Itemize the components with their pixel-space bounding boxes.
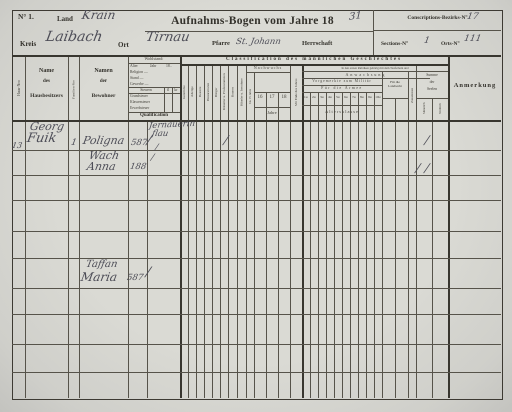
grid-line <box>432 98 433 398</box>
grid-line <box>246 72 290 73</box>
altersklasse-9: 9te <box>366 95 374 99</box>
grid-line <box>374 92 375 398</box>
religion-label: Religion — <box>130 70 148 74</box>
owner-name-line2: Fuik <box>26 131 58 146</box>
landwehr-label: Für die Landwehr <box>383 80 407 89</box>
sections-label: Sections-N° <box>381 41 408 47</box>
land-label: Land <box>57 15 73 23</box>
grid-line <box>310 92 311 398</box>
altersklasse-1: 1te <box>302 95 310 99</box>
classification-title: Classification des männlichen Geschlecht… <box>180 57 448 62</box>
erwerbsteuer-label: Erwerbsteuer <box>130 106 149 110</box>
pfarre-label: Pfarre <box>212 40 230 47</box>
grid-line <box>12 288 501 289</box>
grid-line <box>382 98 408 99</box>
bewohner-4-name: Taffan <box>85 259 118 270</box>
alter-label: Alter <box>130 64 138 68</box>
age-18-cell: 18 <box>278 95 290 100</box>
vorgemerkte-label: Vorgemerkte zum Militär <box>302 79 382 83</box>
sheet-number: N° 1. <box>18 12 34 21</box>
zusammen-column: Zusammen <box>408 73 416 118</box>
gewerbe-label: Gewerbe — <box>130 82 148 86</box>
bewohner-1-name: Poligna <box>82 134 126 147</box>
armee-label: Für die Armee <box>302 86 382 90</box>
grid-line <box>254 92 290 93</box>
age-17-cell: 17 <box>266 95 278 100</box>
altersklasse-5: 5te <box>334 95 342 99</box>
altersklasse-6: 6te <box>342 95 350 99</box>
wohlstand-title: Wohlstand: <box>128 56 180 61</box>
altersklasse-3: 3te <box>318 95 326 99</box>
grid-line <box>373 30 501 31</box>
kreuzer-column-label: kr <box>172 88 180 92</box>
grid-line <box>12 372 501 373</box>
haus-number-column-header: Haus-Nro <box>13 60 24 116</box>
jahr18-label: 18.. <box>166 64 172 68</box>
anmerkung-header: Anmerkung <box>448 82 502 89</box>
summe-label-line2: der <box>416 80 448 84</box>
note-line: In den ersten Rubriken gehörig mit dem T… <box>302 66 448 70</box>
steuern-label: Steuern <box>128 88 164 92</box>
land-value-handwritten: Krain <box>81 8 117 22</box>
gulden-column-label: fl <box>164 88 172 92</box>
class-column-header-6: Künstler u. Professionisten <box>220 66 228 118</box>
grid-line <box>266 92 267 398</box>
grid-line <box>334 92 335 398</box>
altersklasse-8: 8te <box>358 95 366 99</box>
altersklasse-10: 10te <box>374 95 382 99</box>
hausbesitzer-header-line2: des <box>25 79 68 84</box>
pfarre-value-handwritten: St. Johann <box>235 37 281 47</box>
aufnahms-bogen-scan: N° 1. Land Krain Aufnahms-Bogen vom Jahr… <box>0 0 512 412</box>
year-value-handwritten: 31 <box>349 10 362 23</box>
grid-line <box>318 92 319 398</box>
grid-line <box>366 92 367 398</box>
kreis-value-handwritten: Laibach <box>45 29 104 45</box>
grid-line <box>302 92 382 93</box>
grid-line <box>342 92 343 398</box>
bezirk-label: Conscriptions-Bezirks-N° <box>375 15 500 21</box>
summe-label-line1: Summe <box>416 73 448 77</box>
klassensteuer-label: Klassensteuer <box>130 100 150 104</box>
class-column-header-7: Bauern <box>228 66 237 118</box>
bewohner-header-line2: der <box>79 79 128 84</box>
altersklasse-4: 4te <box>326 95 334 99</box>
altersklasse-7: 7te <box>350 95 358 99</box>
ort-value-handwritten: Tirnau <box>145 30 191 45</box>
summe-maennlich-column: Männlich <box>416 99 432 118</box>
grid-line <box>326 92 327 398</box>
grid-line <box>254 107 290 108</box>
class-column-header-3: Beamte <box>196 66 204 118</box>
grid-line <box>79 55 80 398</box>
grid-line <box>12 150 501 151</box>
house-number-handwritten: 13 <box>11 141 23 150</box>
grid-line <box>302 105 382 106</box>
bewohner-3-number: 188 <box>129 162 147 172</box>
bewohner-header-line3: Bewohner <box>79 93 128 99</box>
grid-line <box>12 120 501 122</box>
bewohner-5-name: Maria <box>80 270 119 284</box>
kreis-label: Kreis <box>20 40 36 48</box>
qualification-label: Qualification <box>128 113 180 118</box>
jahr-label: Jahr <box>150 64 156 68</box>
bewohner-3-name: Anna <box>86 160 117 173</box>
bewohner-header-line1: Namen <box>79 68 128 74</box>
grid-line <box>25 55 26 398</box>
ort-label: Ort <box>118 41 129 49</box>
hausbesitzer-header-line3: Hausbesitzers <box>25 93 68 99</box>
grid-line <box>278 92 279 398</box>
herrschaft-label: Herrschaft <box>302 40 332 47</box>
jahre-label: Jahre <box>254 110 290 115</box>
grid-line <box>12 344 501 345</box>
grundsteuer-label: Grundsteuer <box>130 94 148 98</box>
orts-value-handwritten: 111 <box>463 34 482 44</box>
hausbesitzer-header-line1: Name <box>25 68 68 74</box>
grid-line <box>350 92 351 398</box>
grid-line <box>395 98 396 398</box>
bezirk-value-handwritten: 17 <box>466 12 479 22</box>
qualification-note-line2: flau <box>151 129 169 139</box>
summe-label-line3: Seelen <box>416 87 448 91</box>
familie-number-column-header: Familien-Nro <box>68 62 79 117</box>
grid-line <box>12 231 501 232</box>
grid-line <box>373 10 374 55</box>
altersklasse-label: Altersklasse <box>302 109 382 114</box>
orts-label: Orts-N° <box>441 41 460 47</box>
class-column-header-1: Geistliche <box>180 66 188 118</box>
bewohner-5-number: 587 <box>126 273 144 283</box>
stand-label: Stand — <box>130 76 143 80</box>
class-column-header-2: Adelige <box>188 66 196 118</box>
grid-line <box>12 258 501 259</box>
grid-line <box>12 175 501 176</box>
mit-ende-column: Mit Ende des Jahres <box>290 66 302 118</box>
nachwuchs-label: Nachwuchs <box>246 65 290 70</box>
class-column-header-8: Häusler u. Inwohner <box>237 66 246 118</box>
nachwuchs-side-column: bis 15 Jahre <box>246 74 254 118</box>
class-column-header-5: Bürger <box>212 66 220 118</box>
grid-line <box>12 314 501 315</box>
grid-line <box>12 200 501 201</box>
form-title: Aufnahms-Bogen vom Jahre 18 <box>150 15 355 27</box>
age-16-cell: 16 <box>254 95 266 100</box>
grid-line <box>128 55 129 398</box>
grid-line <box>358 92 359 398</box>
class-column-header-4: Honoratioren <box>204 66 212 118</box>
grid-line <box>448 55 450 398</box>
summe-weiblich-column: Weiblich <box>432 99 448 118</box>
altersklasse-2: 2te <box>310 95 318 99</box>
